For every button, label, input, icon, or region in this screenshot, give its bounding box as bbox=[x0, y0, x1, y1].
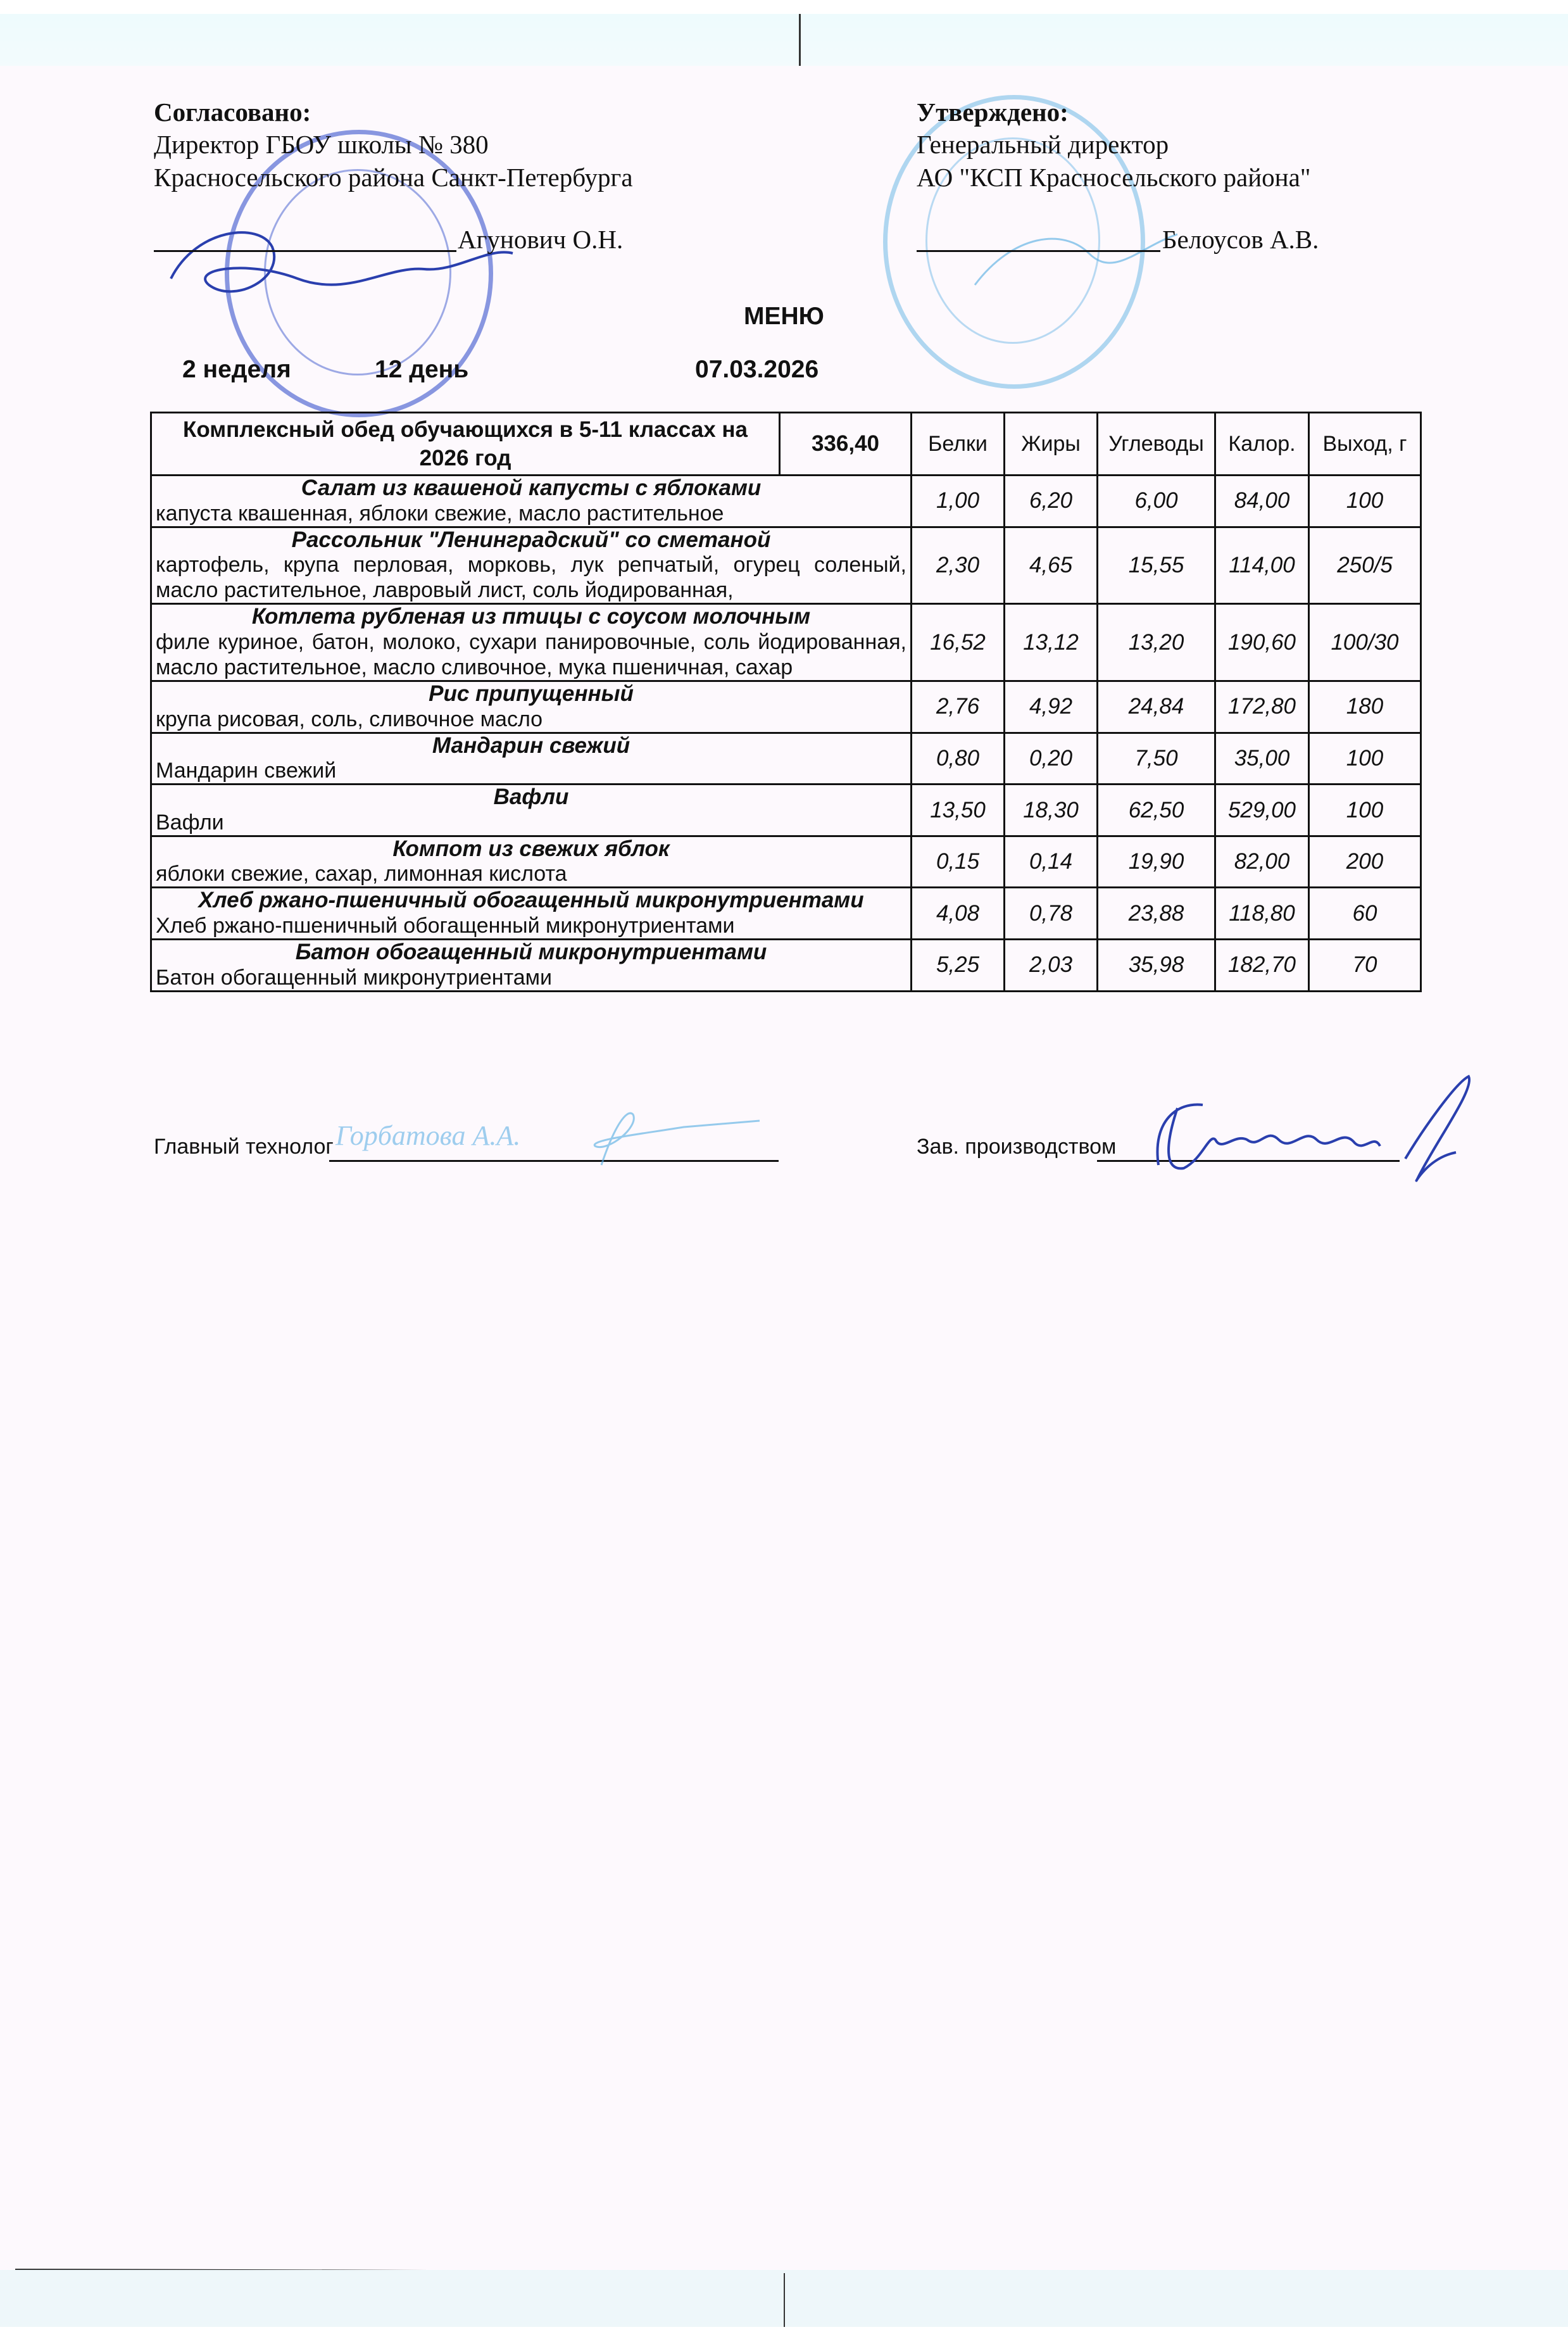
dish-cell: Хлеб ржано-пшеничный обогащенный микрону… bbox=[151, 888, 912, 940]
cell-carbs: 6,00 bbox=[1098, 476, 1215, 527]
agreed-signatory: Агунович О.Н. bbox=[458, 224, 623, 256]
day-label: 12 день bbox=[375, 356, 468, 384]
cell-carbs: 7,50 bbox=[1098, 733, 1215, 785]
cell-kcal: 182,70 bbox=[1215, 940, 1309, 992]
cell-fat: 4,65 bbox=[1005, 527, 1098, 604]
table-row: Хлеб ржано-пшеничный обогащенный микрону… bbox=[151, 888, 1421, 940]
cell-kcal: 35,00 bbox=[1215, 733, 1309, 785]
cell-protein: 4,08 bbox=[912, 888, 1005, 940]
cell-yield: 70 bbox=[1309, 940, 1421, 992]
dish-ingredients: Мандарин свежий bbox=[156, 758, 906, 783]
menu-table: Комплексный обед обучающихся в 5-11 клас… bbox=[150, 412, 1422, 992]
meal-price: 336,40 bbox=[780, 413, 912, 476]
menu-date: 07.03.2026 bbox=[695, 356, 818, 384]
table-row: Рис припущенныйкрупа рисовая, соль, слив… bbox=[151, 681, 1421, 733]
cell-fat: 0,20 bbox=[1005, 733, 1098, 785]
cell-kcal: 84,00 bbox=[1215, 476, 1309, 527]
scan-border-bottom bbox=[0, 2327, 1568, 2351]
cell-yield: 60 bbox=[1309, 888, 1421, 940]
cell-fat: 0,14 bbox=[1005, 836, 1098, 888]
cell-carbs: 15,55 bbox=[1098, 527, 1215, 604]
dish-cell: Батон обогащенный микронутриентамиБатон … bbox=[151, 940, 912, 992]
cell-fat: 4,92 bbox=[1005, 681, 1098, 733]
dish-cell: Мандарин свежийМандарин свежий bbox=[151, 733, 912, 785]
dish-ingredients: крупа рисовая, соль, сливочное масло bbox=[156, 707, 906, 732]
agreed-title: Согласовано: bbox=[154, 96, 635, 129]
agreed-signature-line bbox=[154, 250, 456, 252]
table-row: Компот из свежих яблокяблоки свежие, сах… bbox=[151, 836, 1421, 888]
cell-yield: 100 bbox=[1309, 733, 1421, 785]
menu-title: МЕНЮ bbox=[744, 303, 824, 331]
cell-fat: 18,30 bbox=[1005, 785, 1098, 836]
cell-fat: 2,03 bbox=[1005, 940, 1098, 992]
dish-cell: ВафлиВафли bbox=[151, 785, 912, 836]
cell-protein: 13,50 bbox=[912, 785, 1005, 836]
chief-technologist-signature bbox=[570, 1102, 772, 1178]
scan-band-top bbox=[0, 14, 1568, 66]
approved-title: Утверждено: bbox=[917, 96, 1360, 129]
cell-yield: 180 bbox=[1309, 681, 1421, 733]
dish-cell: Рис припущенныйкрупа рисовая, соль, слив… bbox=[151, 681, 912, 733]
dish-ingredients: филе куриное, батон, молоко, сухари пани… bbox=[156, 629, 906, 680]
cell-yield: 100 bbox=[1309, 785, 1421, 836]
table-header-row: Комплексный обед обучающихся в 5-11 клас… bbox=[151, 413, 1421, 476]
approved-signature-line bbox=[917, 250, 1160, 252]
approval-block-agreed: Согласовано: Директор ГБОУ школы № 380 К… bbox=[154, 96, 635, 256]
page-fold-mark-bottom bbox=[784, 2273, 785, 2327]
dish-name: Вафли bbox=[156, 785, 906, 810]
production-manager-label: Зав. производством bbox=[917, 1135, 1116, 1159]
page-fold-mark-top bbox=[799, 14, 801, 66]
dish-cell: Котлета рубленая из птицы с соусом молоч… bbox=[151, 604, 912, 681]
cell-yield: 100/30 bbox=[1309, 604, 1421, 681]
table-row: Котлета рубленая из птицы с соусом молоч… bbox=[151, 604, 1421, 681]
cell-protein: 5,25 bbox=[912, 940, 1005, 992]
cell-kcal: 118,80 bbox=[1215, 888, 1309, 940]
approved-organization: АО "КСП Красносельского района" bbox=[917, 161, 1360, 194]
cell-kcal: 529,00 bbox=[1215, 785, 1309, 836]
dish-name: Рассольник "Ленинградский" со сметаной bbox=[156, 528, 906, 553]
dish-name: Салат из квашеной капусты с яблоками bbox=[156, 476, 906, 501]
dish-name: Батон обогащенный микронутриентами bbox=[156, 940, 906, 965]
dish-name: Котлета рубленая из птицы с соусом молоч… bbox=[156, 605, 906, 629]
scan-border-top bbox=[0, 0, 1568, 14]
cell-protein: 2,76 bbox=[912, 681, 1005, 733]
cell-yield: 100 bbox=[1309, 476, 1421, 527]
column-header-yield: Выход, г bbox=[1309, 413, 1421, 476]
cell-protein: 1,00 bbox=[912, 476, 1005, 527]
cell-protein: 0,15 bbox=[912, 836, 1005, 888]
column-header-protein: Белки bbox=[912, 413, 1005, 476]
dish-ingredients: капуста квашенная, яблоки свежие, масло … bbox=[156, 501, 906, 526]
dish-cell: Салат из квашеной капусты с яблокамикапу… bbox=[151, 476, 912, 527]
cell-protein: 0,80 bbox=[912, 733, 1005, 785]
dish-name: Рис припущенный bbox=[156, 682, 906, 707]
approved-signatory: Белоусов А.В. bbox=[1162, 224, 1319, 256]
column-header-carbs: Углеводы bbox=[1098, 413, 1215, 476]
cell-kcal: 172,80 bbox=[1215, 681, 1309, 733]
cell-carbs: 19,90 bbox=[1098, 836, 1215, 888]
cell-yield: 250/5 bbox=[1309, 527, 1421, 604]
column-header-fat: Жиры bbox=[1005, 413, 1098, 476]
dish-name: Мандарин свежий bbox=[156, 734, 906, 759]
table-row: Батон обогащенный микронутриентамиБатон … bbox=[151, 940, 1421, 992]
table-row: Рассольник "Ленинградский" со сметанойка… bbox=[151, 527, 1421, 604]
cell-carbs: 23,88 bbox=[1098, 888, 1215, 940]
cell-kcal: 82,00 bbox=[1215, 836, 1309, 888]
production-manager-signature bbox=[1139, 1064, 1507, 1203]
column-header-kcal: Калор. bbox=[1215, 413, 1309, 476]
dish-ingredients: яблоки свежие, сахар, лимонная кислота bbox=[156, 861, 906, 886]
dish-name: Компот из свежих яблок bbox=[156, 837, 906, 862]
chief-technologist-block: Главный технолог bbox=[154, 1135, 334, 1159]
meal-title: Комплексный обед обучающихся в 5-11 клас… bbox=[151, 413, 780, 476]
cell-carbs: 13,20 bbox=[1098, 604, 1215, 681]
cell-yield: 200 bbox=[1309, 836, 1421, 888]
dish-name: Хлеб ржано-пшеничный обогащенный микрону… bbox=[156, 888, 906, 913]
cell-protein: 16,52 bbox=[912, 604, 1005, 681]
dish-ingredients: Батон обогащенный микронутриентами bbox=[156, 965, 906, 990]
dish-ingredients: Хлеб ржано-пшеничный обогащенный микрону… bbox=[156, 913, 906, 938]
cell-protein: 2,30 bbox=[912, 527, 1005, 604]
approval-block-approved: Утверждено: Генеральный директор АО "КСП… bbox=[917, 96, 1360, 256]
week-label: 2 неделя bbox=[182, 356, 291, 384]
agreed-organization: Красносельского района Санкт-Петербурга bbox=[154, 161, 635, 194]
cell-fat: 13,12 bbox=[1005, 604, 1098, 681]
cell-carbs: 62,50 bbox=[1098, 785, 1215, 836]
dish-ingredients: Вафли bbox=[156, 810, 906, 835]
table-row: ВафлиВафли13,5018,3062,50529,00100 bbox=[151, 785, 1421, 836]
dish-ingredients: картофель, крупа перловая, морковь, лук … bbox=[156, 552, 906, 603]
agreed-position: Директор ГБОУ школы № 380 bbox=[154, 129, 635, 161]
table-row: Салат из квашеной капусты с яблокамикапу… bbox=[151, 476, 1421, 527]
production-manager-block: Зав. производством bbox=[917, 1135, 1116, 1159]
approved-position: Генеральный директор bbox=[917, 129, 1360, 161]
dish-cell: Рассольник "Ленинградский" со сметанойка… bbox=[151, 527, 912, 604]
table-row: Мандарин свежийМандарин свежий0,800,207,… bbox=[151, 733, 1421, 785]
cell-carbs: 24,84 bbox=[1098, 681, 1215, 733]
cell-kcal: 114,00 bbox=[1215, 527, 1309, 604]
chief-technologist-handwritten-name: Горбатова А.А. bbox=[336, 1119, 520, 1152]
cell-fat: 6,20 bbox=[1005, 476, 1098, 527]
cell-fat: 0,78 bbox=[1005, 888, 1098, 940]
chief-technologist-label: Главный технолог bbox=[154, 1135, 334, 1159]
cell-carbs: 35,98 bbox=[1098, 940, 1215, 992]
cell-kcal: 190,60 bbox=[1215, 604, 1309, 681]
dish-cell: Компот из свежих яблокяблоки свежие, сах… bbox=[151, 836, 912, 888]
